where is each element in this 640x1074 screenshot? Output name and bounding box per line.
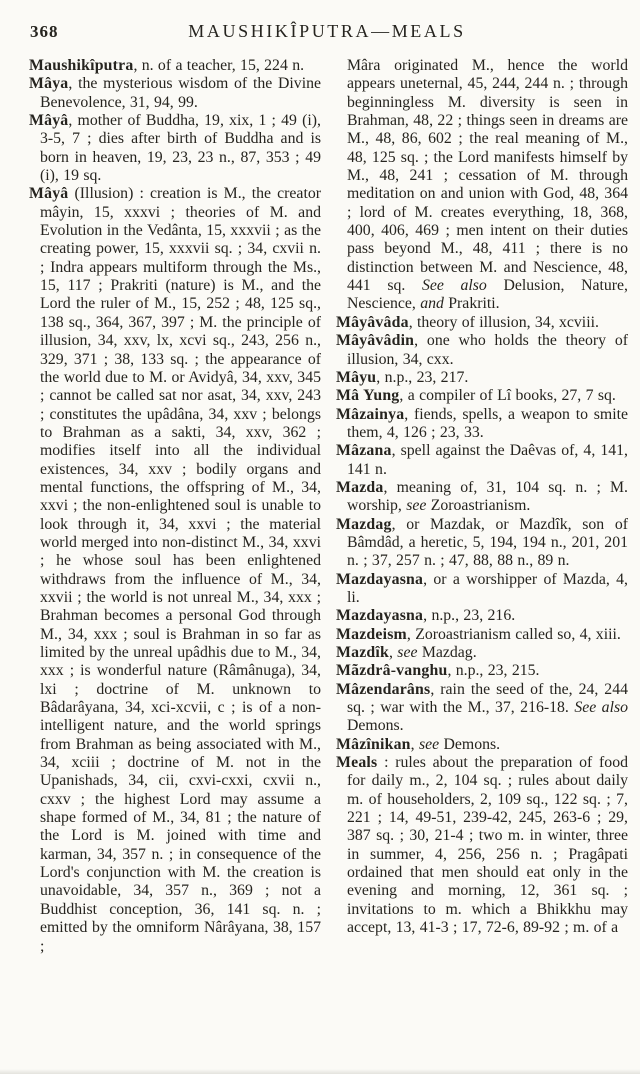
entry-text: Demons. <box>439 736 500 753</box>
entry-text: Prakriti. <box>444 295 500 312</box>
entry-term: Mazdayasna <box>336 607 423 624</box>
entry-term: Mâzana <box>336 442 392 459</box>
entry-cross-reference: see <box>406 497 426 514</box>
index-entry: Mâzendarâns, rain the seed of the, 24, 2… <box>336 681 628 736</box>
index-entry: Mazdayasna, n.p., 23, 216. <box>336 607 628 625</box>
entry-term: Mazdîk <box>336 644 389 661</box>
entry-text: , theory of illusion, 34, xcviii. <box>409 314 599 331</box>
entry-term: Mâya <box>29 75 68 92</box>
page-number: 368 <box>30 22 59 42</box>
index-entry: Mâyâ (Illusion) : creation is M., the cr… <box>29 185 321 955</box>
entry-text: (Illusion) : creation is M., the creator… <box>40 185 321 954</box>
book-page: 368 MAUSHIKÎPUTRA—MEALS Maushikîputra, n… <box>0 0 640 1074</box>
entry-term: Mãzdrâ-vanghu <box>336 662 447 679</box>
entry-text: , a compiler of Lî books, 27, 7 sq. <box>399 387 615 404</box>
entry-term: Mâyâ <box>29 185 68 202</box>
entry-term: Mazdayasna <box>336 571 423 588</box>
index-entry: Mãzdrâ-vanghu, n.p., 23, 215. <box>336 662 628 680</box>
entry-text: Demons. <box>347 717 404 734</box>
page-title: MAUSHIKÎPUTRA—MEALS <box>0 21 640 42</box>
entry-text: , Zoroastrianism called so, 4, xiii. <box>407 626 621 643</box>
entry-text: , the mysterious wisdom of the Divine Be… <box>40 75 321 110</box>
scan-edge-shadow <box>0 1069 640 1074</box>
entry-text: , n.p., 23, 217. <box>376 369 468 386</box>
entry-cross-reference: See also <box>422 277 487 294</box>
entry-text: , n.p., 23, 216. <box>423 607 515 624</box>
entry-term: Mazda <box>336 479 384 496</box>
entry-text: , n.p., 23, 215. <box>447 662 539 679</box>
index-entry: Mâyâvâda, theory of illusion, 34, xcviii… <box>336 314 628 332</box>
entry-cross-reference: and <box>420 295 444 312</box>
index-entry: Mâyâ, mother of Buddha, 19, xix, 1 ; 49 … <box>29 112 321 185</box>
entry-cross-reference: see <box>419 736 439 753</box>
index-columns: Maushikîputra, n. of a teacher, 15, 224 … <box>29 57 628 1074</box>
index-entry: Mazdeism, Zoroastrianism called so, 4, x… <box>336 626 628 644</box>
index-entry: Mazdîk, see Mazdag. <box>336 644 628 662</box>
entry-term: Mâyu <box>336 369 376 386</box>
entry-term: Maushikîputra <box>29 57 133 74</box>
running-head: 368 MAUSHIKÎPUTRA—MEALS <box>0 21 640 45</box>
entry-text: Mâra originated M., hence the world appe… <box>347 57 628 294</box>
entry-term: Mâyâvâdin <box>336 332 414 349</box>
entry-cross-reference: See also <box>574 699 628 716</box>
entry-term: Mâyâvâda <box>336 314 409 331</box>
entry-term: Mâyâ <box>29 112 68 129</box>
entry-term: Mazdeism <box>336 626 407 643</box>
index-entry-continuation: Mâra originated M., hence the world appe… <box>336 57 628 314</box>
index-entry: Mâzainya, fiends, spells, a weapon to sm… <box>336 406 628 443</box>
index-entry: Meals : rules about the preparation of f… <box>336 754 628 937</box>
index-entry: Mâzînikan, see Demons. <box>336 736 628 754</box>
entry-text: Zoroastrianism. <box>426 497 530 514</box>
index-entry: Mâya, the mysterious wisdom of the Divin… <box>29 75 321 112</box>
index-entry: Mazda, meaning of, 31, 104 sq. n. ; M. w… <box>336 479 628 516</box>
entry-term: Mâ Yung <box>336 387 399 404</box>
entry-cross-reference: see <box>397 644 417 661</box>
entry-text: : rules about the preparation of food fo… <box>347 754 628 936</box>
index-entry: Mâ Yung, a compiler of Lî books, 27, 7 s… <box>336 387 628 405</box>
index-entry: Mâzana, spell against the Daêvas of, 4, … <box>336 442 628 479</box>
index-entry: Mâyu, n.p., 23, 217. <box>336 369 628 387</box>
entry-term: Mazdag <box>336 516 392 533</box>
entry-text: , <box>411 736 419 753</box>
entry-term: Mâzendarâns <box>336 681 430 698</box>
index-entry: Mâyâvâdin, one who holds the theory of i… <box>336 332 628 369</box>
left-column: Maushikîputra, n. of a teacher, 15, 224 … <box>29 57 321 1074</box>
index-entry: Mazdag, or Mazdak, or Mazdîk, son of Bâm… <box>336 516 628 571</box>
right-column: Mâra originated M., hence the world appe… <box>336 57 628 1074</box>
index-entry: Mazdayasna, or a worshipper of Mazda, 4,… <box>336 571 628 608</box>
entry-term: Meals <box>336 754 377 771</box>
entry-text: , mother of Buddha, 19, xix, 1 ; 49 (i),… <box>40 112 321 184</box>
entry-text: , n. of a teacher, 15, 224 n. <box>133 57 304 74</box>
entry-text: Mazdag. <box>417 644 476 661</box>
entry-term: Mâzainya <box>336 406 404 423</box>
entry-term: Mâzînikan <box>336 736 411 753</box>
index-entry: Maushikîputra, n. of a teacher, 15, 224 … <box>29 57 321 75</box>
